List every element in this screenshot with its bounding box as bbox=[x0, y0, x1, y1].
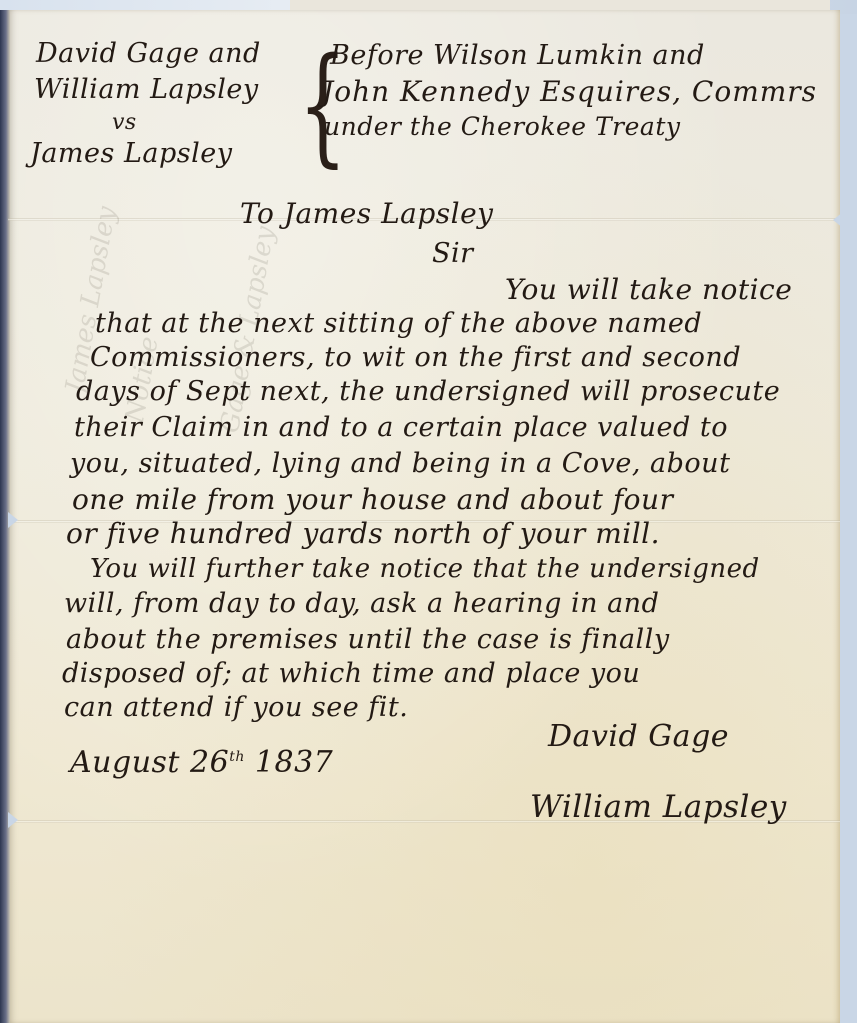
caption-party-line: William Lapsley bbox=[34, 76, 259, 103]
signature-david-gage: David Gage bbox=[548, 722, 729, 752]
body-line: can attend if you see fit. bbox=[64, 694, 408, 721]
caption-versus: vs bbox=[112, 112, 137, 134]
greeting: Sir bbox=[432, 240, 474, 267]
date-ordinal: th bbox=[229, 749, 245, 765]
body-line: days of Sept next, the undersigned will … bbox=[76, 378, 780, 405]
caption-party-line: David Gage and bbox=[36, 40, 261, 67]
fold-notch bbox=[8, 812, 18, 828]
body-line: will, from day to day, ask a hearing in … bbox=[64, 590, 659, 617]
caption-party-line: James Lapsley bbox=[30, 140, 232, 167]
letter-date: August 26th 1837 bbox=[70, 748, 333, 778]
body-line: you, situated, lying and being in a Cove… bbox=[70, 450, 730, 477]
fold-notch bbox=[8, 512, 18, 528]
caption-court-line: John Kennedy Esquires, Commrs bbox=[322, 78, 817, 106]
body-line: You will further take notice that the un… bbox=[90, 556, 760, 582]
body-line: Commissioners, to wit on the first and s… bbox=[90, 344, 741, 371]
fold-notch bbox=[833, 212, 843, 228]
signature-william-lapsley: William Lapsley bbox=[530, 792, 787, 823]
body-line: or five hundred yards north of your mill… bbox=[66, 520, 660, 548]
body-line: about the premises until the case is fin… bbox=[66, 626, 670, 653]
body-line: their Claim in and to a certain place va… bbox=[74, 414, 728, 441]
addressee: To James Lapsley bbox=[240, 200, 494, 228]
caption-court-line: Before Wilson Lumkin and bbox=[330, 42, 705, 69]
date-year: 1837 bbox=[255, 745, 333, 780]
body-line: You will take notice bbox=[505, 276, 792, 304]
body-line: disposed of; at which time and place you bbox=[62, 660, 640, 687]
body-line: one mile from your house and about four bbox=[72, 486, 673, 514]
caption-court-line: under the Cherokee Treaty bbox=[324, 114, 681, 139]
body-line: that at the next sitting of the above na… bbox=[95, 310, 702, 337]
date-month-day: August 26 bbox=[70, 745, 229, 780]
